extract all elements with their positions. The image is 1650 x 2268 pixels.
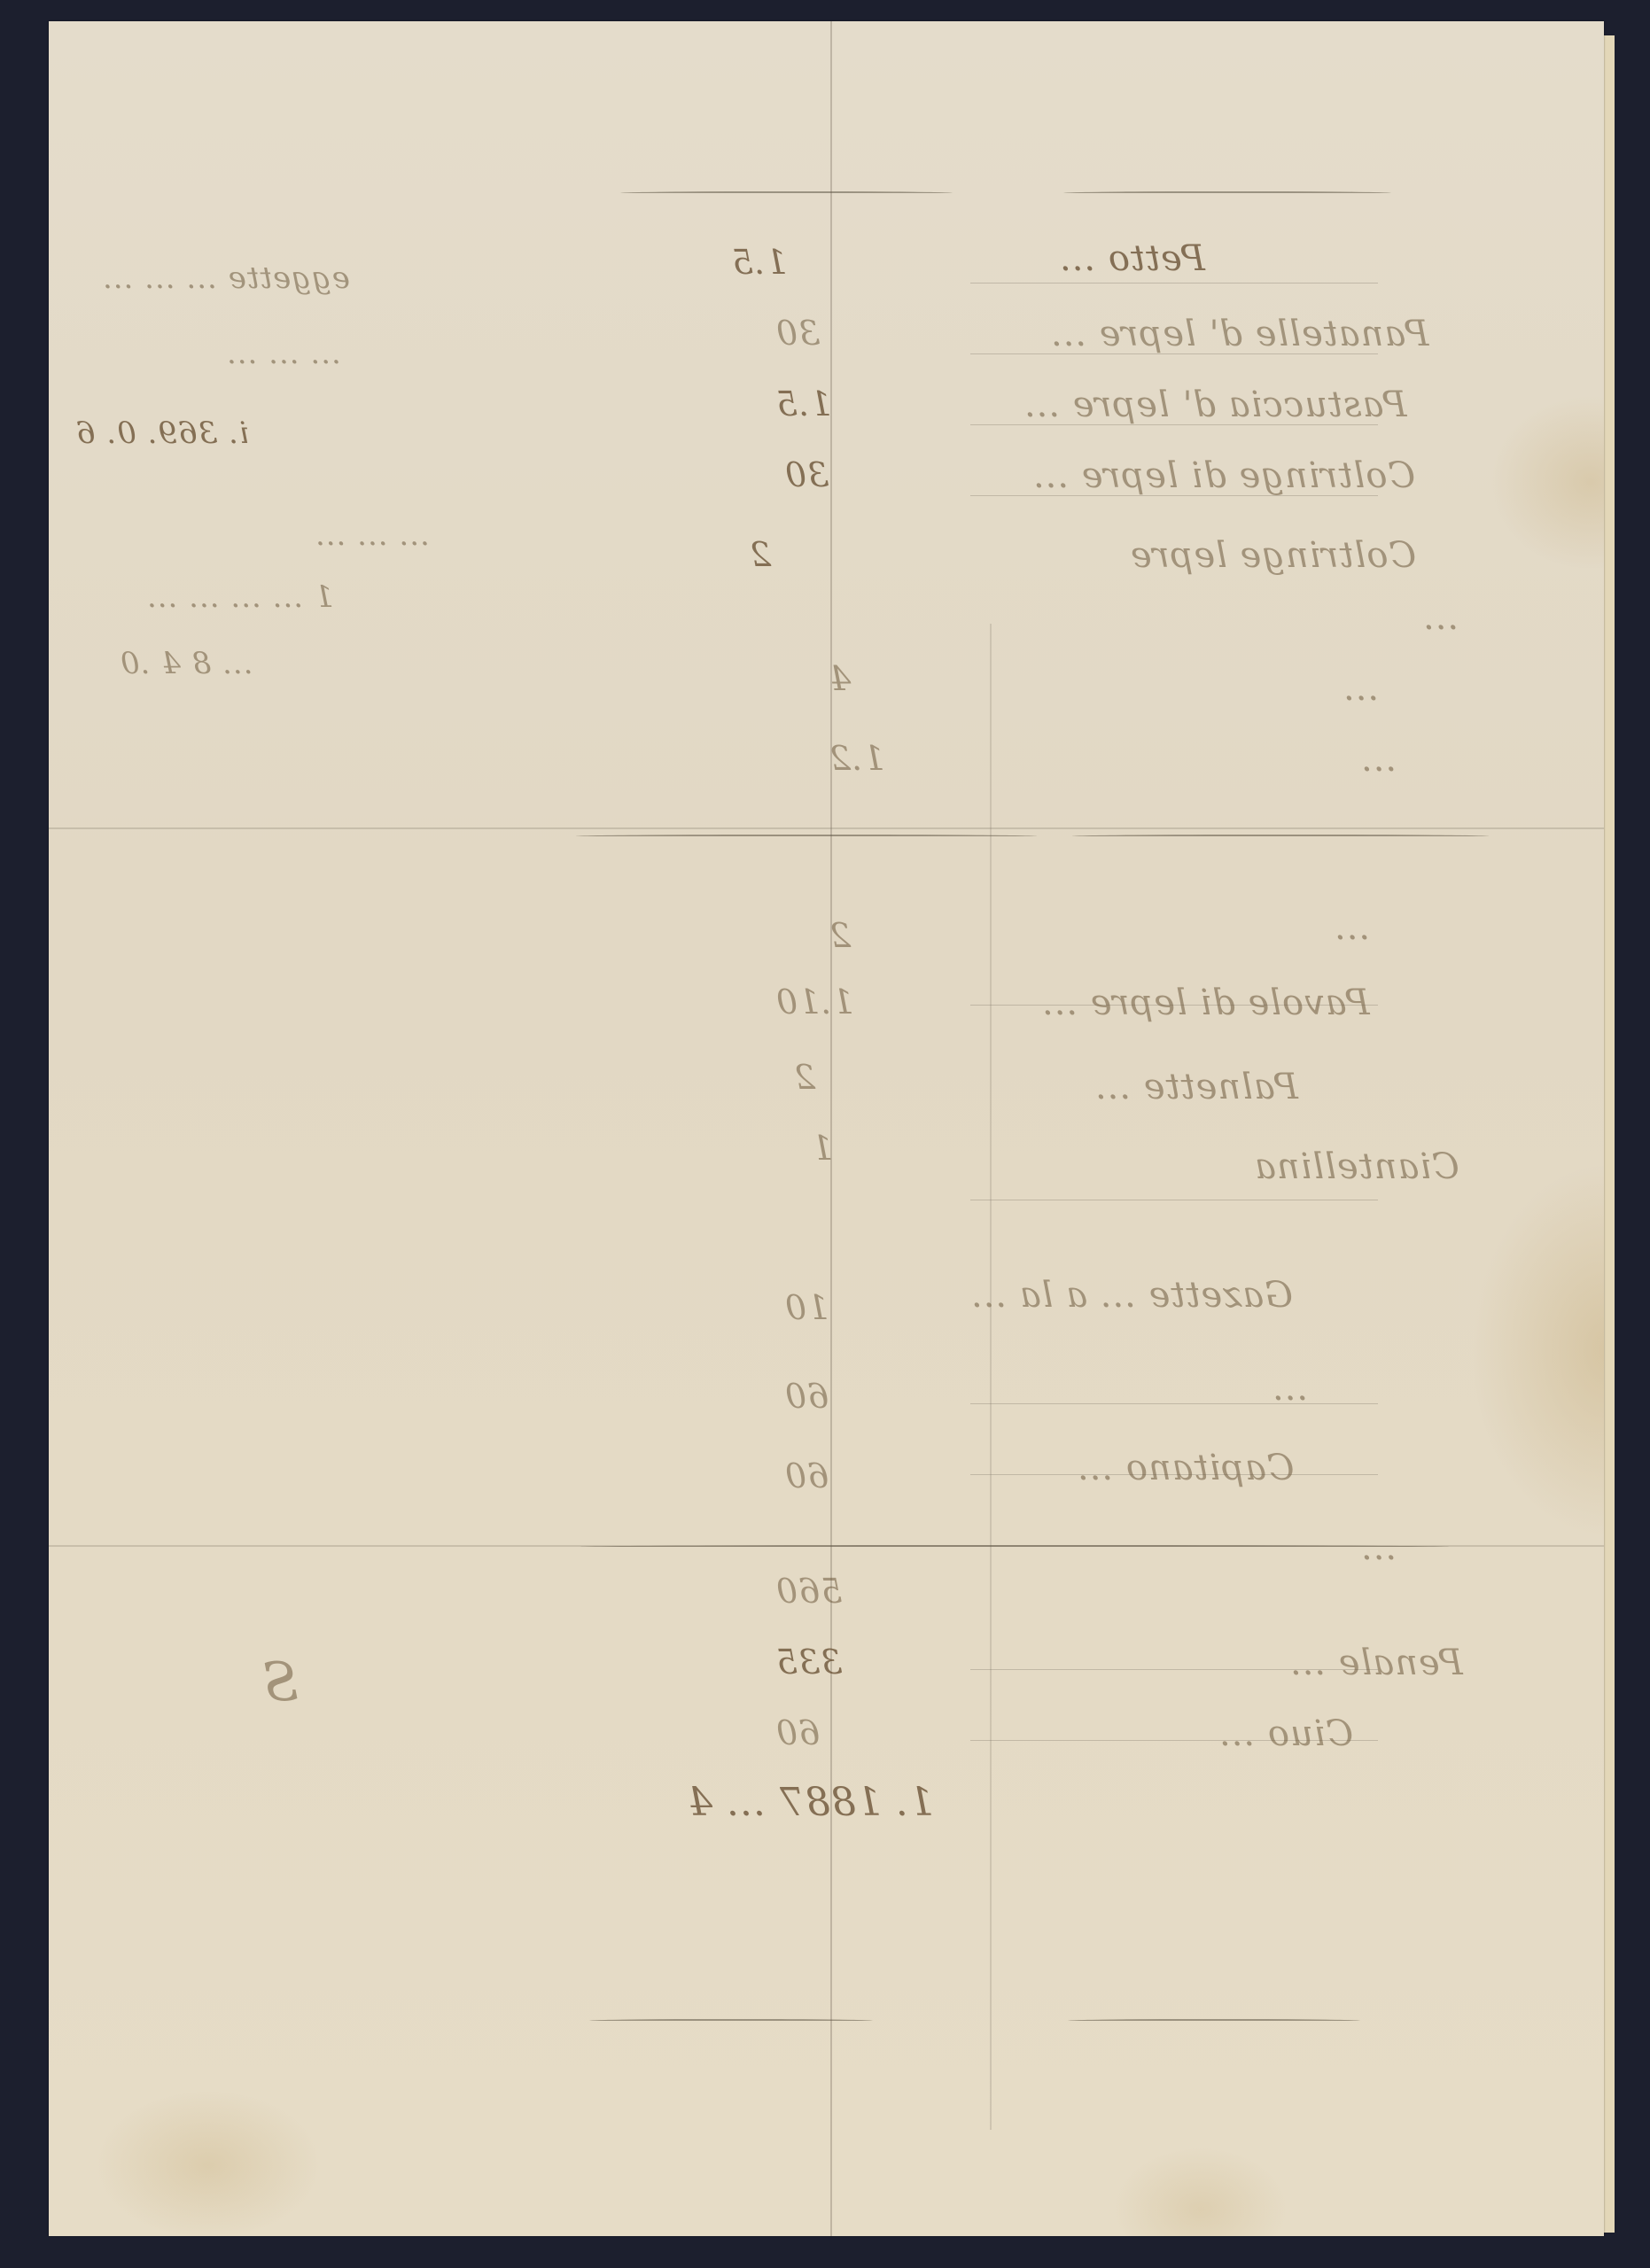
ledger-amount: 2 bbox=[829, 916, 851, 955]
ledger-amount: 2 bbox=[749, 535, 771, 574]
left-note: eggette ... ... ... bbox=[102, 260, 350, 296]
ledger-amount: 1 bbox=[811, 1129, 833, 1168]
ledger-item: ... bbox=[1334, 907, 1370, 948]
horizontal-fold bbox=[49, 827, 1604, 829]
ledger-amount: 60 bbox=[784, 1377, 829, 1416]
row-rule bbox=[970, 283, 1378, 283]
ledger-item: ... bbox=[1360, 739, 1397, 780]
ledger-item: Ciuo ... bbox=[1218, 1713, 1353, 1754]
left-note: ... ... ... bbox=[226, 336, 341, 371]
ledger-amount: 1.5 bbox=[731, 243, 787, 282]
ledger-amount: 1.2 bbox=[829, 739, 884, 778]
ledger-item: Coltringe di lepre ... bbox=[1032, 455, 1415, 496]
ledger-amount: 335 bbox=[775, 1643, 843, 1682]
ledger-item: ... bbox=[1422, 597, 1459, 638]
date-line: 1. 1887 ... 4 bbox=[687, 1780, 934, 1825]
ledger-item: Penale ... bbox=[1289, 1643, 1463, 1683]
crease-bottom-left bbox=[589, 2019, 873, 2023]
ledger-amount: 30 bbox=[775, 314, 820, 353]
column-rule bbox=[990, 624, 992, 2130]
ledger-item: ... bbox=[1272, 1368, 1308, 1409]
ledger-item: ... bbox=[1343, 668, 1379, 709]
ledger-item: Capitano ... bbox=[1077, 1448, 1294, 1488]
left-note: ... ... ... bbox=[315, 517, 430, 553]
ledger-item: Ciantellina bbox=[1254, 1146, 1459, 1187]
crease-mid-left bbox=[576, 835, 1037, 839]
ledger-item: Panatelle d' lepre ... bbox=[1050, 314, 1428, 354]
ledger-amount: 60 bbox=[784, 1456, 829, 1495]
left-note: 1 ... ... ... ... bbox=[146, 579, 334, 615]
ledger-amount: 30 bbox=[784, 455, 829, 494]
ledger-item: ... bbox=[1360, 1527, 1397, 1568]
crease-bottom-right bbox=[1068, 2019, 1360, 2023]
ledger-amount: 1.10 bbox=[775, 983, 854, 1021]
crease-top-right bbox=[1063, 191, 1391, 196]
ledger-item: Coltringe lepre bbox=[1130, 535, 1416, 576]
ledger-item: Petto ... bbox=[1059, 238, 1205, 279]
ledger-amount: 60 bbox=[775, 1713, 820, 1752]
ledger-amount: 10 bbox=[784, 1288, 829, 1327]
ledger-amount: 1.5 bbox=[775, 384, 831, 423]
ledger-amount: 560 bbox=[775, 1572, 843, 1611]
ledger-amount: 4 bbox=[829, 659, 851, 698]
crease-mid-right bbox=[1072, 835, 1489, 839]
left-note-total: i. 369. 0. 6 bbox=[75, 416, 249, 451]
crease-lower bbox=[580, 1545, 1449, 1550]
row-rule bbox=[970, 1403, 1378, 1404]
ledger-item: Gazette ... a la ... bbox=[970, 1275, 1293, 1316]
scribble-mark: S bbox=[261, 1651, 299, 1713]
crease-top-left bbox=[620, 191, 953, 196]
ledger-item: Palnette ... bbox=[1094, 1067, 1298, 1107]
row-rule bbox=[970, 1200, 1378, 1200]
left-note: ... 8 4 .0 bbox=[120, 646, 253, 681]
document-page: Petto ... 1.5 Panatelle d' lepre ... 30 … bbox=[49, 21, 1604, 2236]
ledger-item: Pastuccia d' lepre ... bbox=[1023, 384, 1407, 425]
ledger-item: Pavole di lepre ... bbox=[1041, 983, 1370, 1023]
ledger-amount: 2 bbox=[793, 1058, 815, 1097]
